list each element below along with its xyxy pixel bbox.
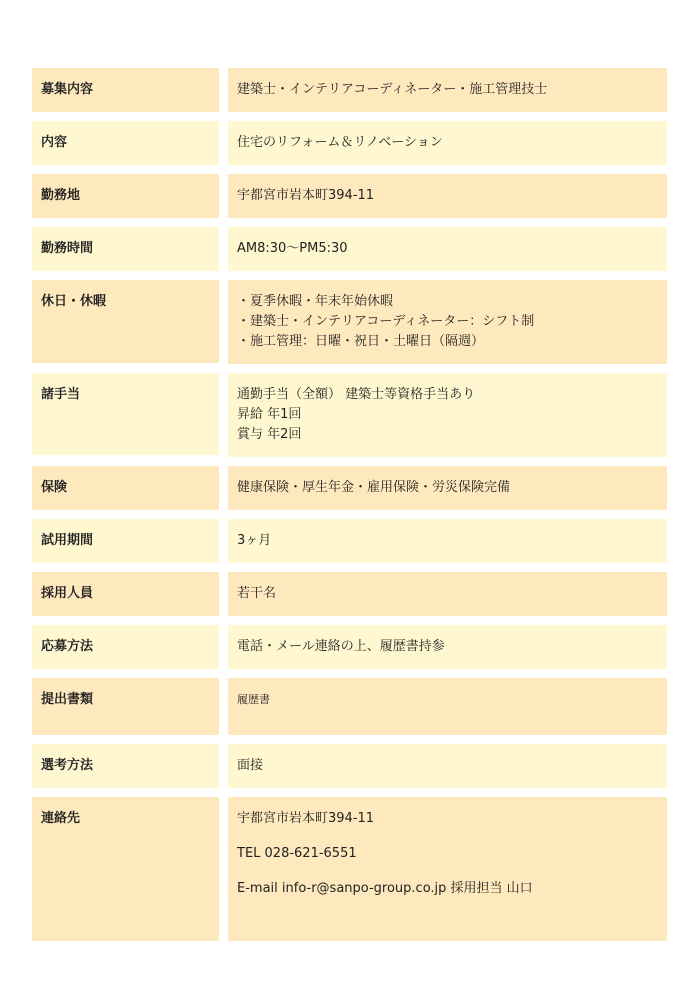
value-line: 3ヶ月 bbox=[237, 531, 658, 551]
value-line: AM8:30〜PM5:30 bbox=[237, 239, 658, 259]
label: 試用期間 bbox=[32, 519, 219, 563]
value-line: 建築士・インテリアコーディネーター・施工管理技士 bbox=[237, 80, 658, 100]
label: 選考方法 bbox=[32, 744, 219, 788]
value: 若干名 bbox=[228, 572, 667, 616]
row-documents: 提出書類 履歴書 bbox=[32, 678, 667, 735]
value: ・夏季休暇・年末年始休暇 ・建築士・インテリアコーディネーター：シフト制 ・施工… bbox=[228, 280, 667, 364]
label: 提出書類 bbox=[32, 678, 219, 735]
contact-phone: TEL 028-621-6551 bbox=[237, 844, 658, 864]
value: 宇都宮市岩本町394-11 TEL 028-621-6551 E-mail in… bbox=[228, 797, 667, 941]
row-number-hired: 採用人員 若干名 bbox=[32, 572, 667, 616]
row-holidays: 休日・休暇 ・夏季休暇・年末年始休暇 ・建築士・インテリアコーディネーター：シフ… bbox=[32, 280, 667, 364]
label: 諸手当 bbox=[32, 373, 219, 455]
row-allowances: 諸手当 通勤手当（全額） 建築士等資格手当あり 昇給 年1回 賞与 年2回 bbox=[32, 373, 667, 457]
value: 建築士・インテリアコーディネーター・施工管理技士 bbox=[228, 68, 667, 112]
label: 保険 bbox=[32, 466, 219, 510]
row-insurance: 保険 健康保険・厚生年金・雇用保険・労災保険完備 bbox=[32, 466, 667, 510]
row-contact: 連絡先 宇都宮市岩本町394-11 TEL 028-621-6551 E-mai… bbox=[32, 797, 667, 941]
value: 3ヶ月 bbox=[228, 519, 667, 563]
value: 宇都宮市岩本町394-11 bbox=[228, 174, 667, 218]
value: AM8:30〜PM5:30 bbox=[228, 227, 667, 271]
value-line: 賞与 年2回 bbox=[237, 425, 658, 445]
row-trial-period: 試用期間 3ヶ月 bbox=[32, 519, 667, 563]
value-line: 昇給 年1回 bbox=[237, 405, 658, 425]
value-line: ・建築士・インテリアコーディネーター：シフト制 bbox=[237, 312, 658, 332]
label: 休日・休暇 bbox=[32, 280, 219, 363]
value-line: ・施工管理：日曜・祝日・土曜日（隔週） bbox=[237, 332, 658, 352]
row-selection-method: 選考方法 面接 bbox=[32, 744, 667, 788]
label: 連絡先 bbox=[32, 797, 219, 941]
label: 募集内容 bbox=[32, 68, 219, 112]
value: 履歴書 bbox=[228, 678, 667, 735]
value: 電話・メール連絡の上、履歴書持参 bbox=[228, 625, 667, 669]
contact-email: E-mail info-r@sanpo-group.co.jp 採用担当 山口 bbox=[237, 879, 658, 899]
value-line: 健康保険・厚生年金・雇用保険・労災保険完備 bbox=[237, 478, 658, 498]
row-work-hours: 勤務時間 AM8:30〜PM5:30 bbox=[32, 227, 667, 271]
value: 健康保険・厚生年金・雇用保険・労災保険完備 bbox=[228, 466, 667, 510]
value: 通勤手当（全額） 建築士等資格手当あり 昇給 年1回 賞与 年2回 bbox=[228, 373, 667, 457]
label: 応募方法 bbox=[32, 625, 219, 669]
value: 住宅のリフォーム＆リノベーション bbox=[228, 121, 667, 165]
value-line: 面接 bbox=[237, 756, 658, 776]
label: 内容 bbox=[32, 121, 219, 165]
value-line: 住宅のリフォーム＆リノベーション bbox=[237, 133, 658, 153]
value-line: 通勤手当（全額） 建築士等資格手当あり bbox=[237, 385, 658, 405]
value: 面接 bbox=[228, 744, 667, 788]
value-line: 若干名 bbox=[237, 584, 658, 604]
contact-address: 宇都宮市岩本町394-11 bbox=[237, 809, 658, 829]
value-line: 履歴書 bbox=[237, 690, 658, 710]
label: 採用人員 bbox=[32, 572, 219, 616]
value-line: 電話・メール連絡の上、履歴書持参 bbox=[237, 637, 658, 657]
row-recruitment-position: 募集内容 建築士・インテリアコーディネーター・施工管理技士 bbox=[32, 68, 667, 112]
row-job-content: 内容 住宅のリフォーム＆リノベーション bbox=[32, 121, 667, 165]
recruitment-info-table: 募集内容 建築士・インテリアコーディネーター・施工管理技士 内容 住宅のリフォー… bbox=[32, 68, 667, 950]
label: 勤務地 bbox=[32, 174, 219, 218]
value-line: 宇都宮市岩本町394-11 bbox=[237, 186, 658, 206]
row-work-location: 勤務地 宇都宮市岩本町394-11 bbox=[32, 174, 667, 218]
row-application-method: 応募方法 電話・メール連絡の上、履歴書持参 bbox=[32, 625, 667, 669]
label: 勤務時間 bbox=[32, 227, 219, 271]
value-line: ・夏季休暇・年末年始休暇 bbox=[237, 292, 658, 312]
